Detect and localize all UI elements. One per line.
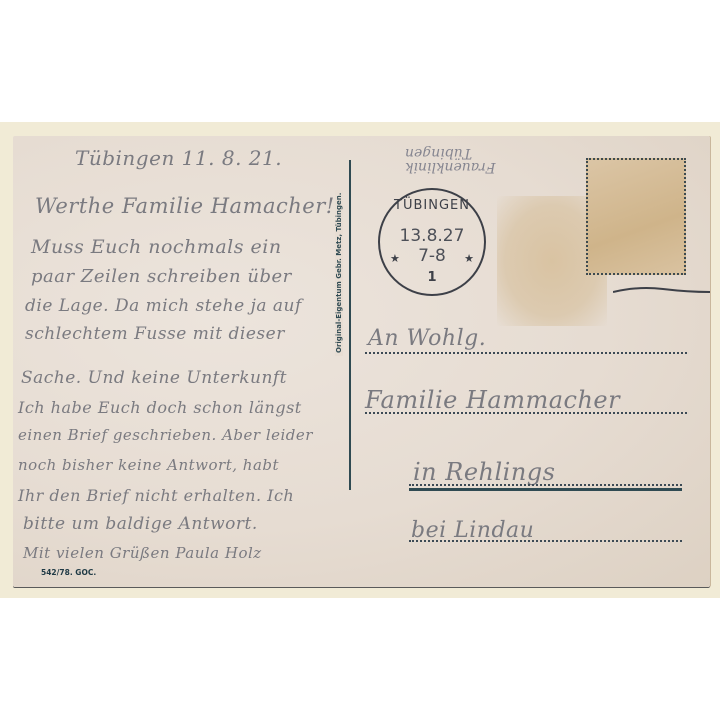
postmark-city: TÜBINGEN — [380, 198, 484, 213]
star-icon: ★ — [464, 252, 474, 265]
postmark: TÜBINGEN 13.8.27 7-8 ★ ★ 1 — [378, 188, 486, 296]
address-line: in Rehlings — [413, 458, 555, 486]
message-line: noch bisher keine Antwort, habt — [18, 456, 279, 474]
address-line: An Wohlg. — [368, 326, 486, 351]
message-line: Ihr den Brief nicht erhalten. Ich — [18, 486, 294, 505]
upside-down-note-line: Tübingen — [405, 146, 496, 160]
message-line: einen Brief geschrieben. Aber leider — [18, 426, 313, 444]
address-rule — [365, 352, 687, 354]
address-line: Familie Hammacher — [365, 386, 620, 414]
message-line: Ich habe Euch doch schon längst — [18, 398, 302, 417]
postmark-date: 13.8.27 — [380, 226, 484, 246]
message-line: die Lage. Da mich stehe ja auf — [25, 296, 302, 316]
message-line: Werthe Familie Hamacher! — [35, 194, 335, 218]
message-date: Tübingen 11. 8. 21. — [75, 146, 282, 170]
stamp-area-removed — [586, 158, 686, 275]
postcard-back: Tübingen 11. 8. 21. Werthe Familie Hamac… — [13, 136, 710, 587]
upside-down-note: Frauenklinik Tübingen — [405, 146, 496, 174]
postmark-office-number: 1 — [380, 270, 484, 285]
cancel-wave-line — [613, 286, 710, 296]
message-line: bitte um baldige Antwort. — [23, 514, 258, 534]
message-line: Muss Euch nochmals ein — [31, 236, 282, 258]
message-signature: Mit vielen Grüßen Paula Holz — [23, 544, 262, 562]
address-rule-city — [409, 488, 682, 491]
publisher-imprint: Original-Eigentum Gebr. Metz, Tübingen. — [335, 190, 343, 356]
star-icon: ★ — [390, 252, 400, 265]
upside-down-note-line: Frauenklinik — [405, 160, 496, 174]
address-rule — [409, 540, 682, 542]
message-line: Sache. Und keine Unterkunft — [21, 368, 287, 388]
print-code: 542/78. GOC. — [41, 568, 96, 577]
address-rule — [365, 412, 687, 414]
message-line: paar Zeilen schreiben über — [31, 266, 292, 287]
center-divider — [349, 160, 351, 490]
message-line: schlechtem Fusse mit dieser — [25, 324, 285, 344]
address-rule — [409, 484, 682, 486]
